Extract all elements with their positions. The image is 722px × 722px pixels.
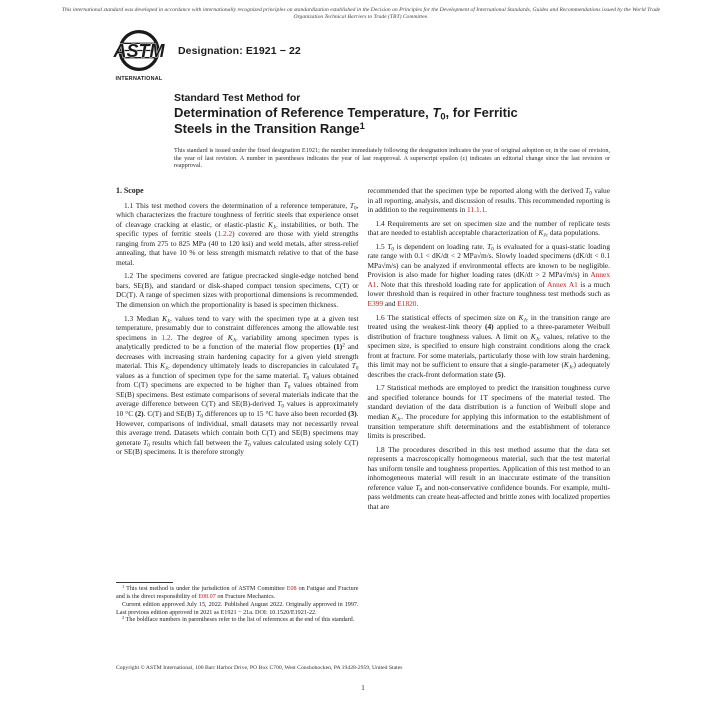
issuance-note: This standard is issued under the fixed … bbox=[174, 147, 610, 170]
cross-reference-link[interactable]: E08 bbox=[287, 586, 297, 592]
title-kicker: Standard Test Method for bbox=[174, 92, 610, 105]
paragraph-1-1: 1.1 This test method covers the determin… bbox=[116, 201, 359, 268]
cross-reference-link[interactable]: 1.2 bbox=[161, 333, 170, 342]
page-title-line-2: Steels in the Transition Range1 bbox=[174, 121, 610, 137]
designation-label: Designation: bbox=[178, 45, 243, 57]
designation-code: E1921 − 22 bbox=[246, 45, 301, 57]
cross-reference-link[interactable]: E399 bbox=[368, 299, 384, 308]
paragraph-1-4: 1.4 Requirements are set on specimen siz… bbox=[368, 219, 611, 238]
astm-logo-subtitle: INTERNATIONAL bbox=[115, 76, 162, 82]
designation: Designation: E1921 − 22 bbox=[178, 45, 301, 57]
document-header: ASTM INTERNATIONAL Designation: E1921 − … bbox=[112, 27, 301, 83]
cross-reference-link[interactable]: 1.2.2 bbox=[217, 229, 232, 238]
paragraph-1-8: 1.8 The procedures described in this tes… bbox=[368, 445, 611, 512]
astm-logo-monogram: ASTM bbox=[113, 41, 166, 61]
paragraph-1-7: 1.7 Statistical methods are employed to … bbox=[368, 383, 611, 440]
title-block: Standard Test Method for Determination o… bbox=[174, 92, 610, 136]
cross-reference-link[interactable]: E1820 bbox=[397, 299, 416, 308]
paragraph-1-3-continued: recommended that the specimen type be re… bbox=[368, 186, 611, 215]
paragraph-1-3: 1.3 Median KJc values tend to vary with … bbox=[116, 314, 359, 457]
paragraph-1-5: 1.5 T0 is dependent on loading rate. T0 … bbox=[368, 242, 611, 309]
wto-disclaimer: This international standard was develope… bbox=[61, 7, 661, 20]
footnotes: 1 This test method is under the jurisdic… bbox=[116, 580, 359, 625]
document-page: { "colors": { "link": "#bb2222", "text":… bbox=[0, 0, 722, 722]
page-title-line-1: Determination of Reference Temperature, … bbox=[174, 105, 610, 121]
right-column: recommended that the specimen type be re… bbox=[368, 186, 611, 625]
cross-reference-link[interactable]: Annex A1 bbox=[547, 280, 578, 289]
footnote-separator bbox=[116, 582, 173, 583]
cross-reference-link[interactable]: E08.07 bbox=[198, 594, 216, 600]
paragraph-1-6: 1.6 The statistical effects of specimen … bbox=[368, 313, 611, 380]
astm-logo-icon: ASTM INTERNATIONAL bbox=[112, 27, 166, 83]
page-number: 1 bbox=[116, 684, 610, 692]
cross-reference-link[interactable]: 11.1.1 bbox=[467, 205, 485, 214]
section-heading-scope: 1. Scope bbox=[116, 186, 359, 196]
left-column: 1. Scope 1.1 This test method covers the… bbox=[116, 186, 359, 625]
paragraph-1-2: 1.2 The specimens covered are fatigue pr… bbox=[116, 271, 359, 309]
copyright-line: Copyright © ASTM International, 100 Barr… bbox=[116, 665, 610, 671]
footnote-edition: Current edition approved July 15, 2022. … bbox=[116, 602, 359, 617]
footnote-references: 2 The boldface numbers in parentheses re… bbox=[116, 617, 359, 625]
astm-logo: ASTM INTERNATIONAL bbox=[112, 27, 166, 83]
body-columns: 1. Scope 1.1 This test method covers the… bbox=[116, 186, 610, 625]
footnote-jurisdiction: 1 This test method is under the jurisdic… bbox=[116, 586, 359, 601]
